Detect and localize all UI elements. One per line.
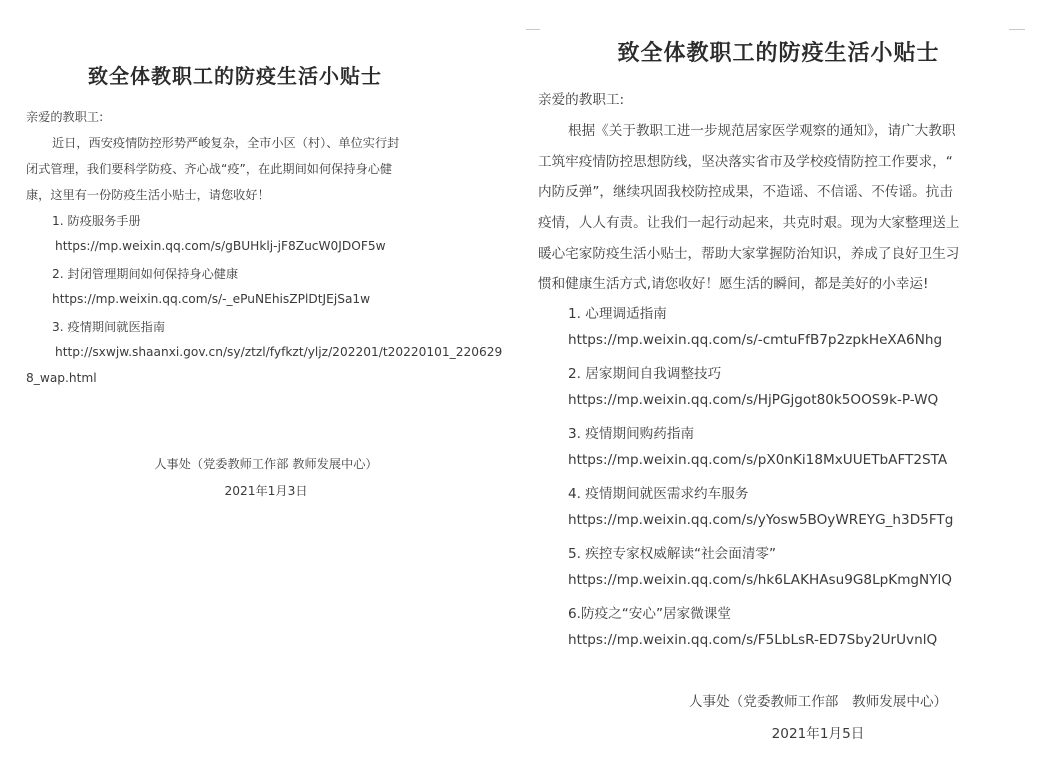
item-link[interactable]: https://mp.weixin.qq.com/s/gBUHklj-jF8Zu… [55, 239, 386, 253]
document-title: 致全体教职工的防疫生活小贴士 [0, 60, 470, 89]
body-line: 疫情，人人有责。让我们一起行动起来，共克时艰。现为大家整理送上 [538, 211, 959, 231]
body-line: 康，这里有一份防疫生活小贴士，请您收好！ [26, 186, 270, 203]
body-line: 惯和健康生活方式,请您收好！愿生活的瞬间，都是美好的小幸运! [538, 272, 928, 292]
item-label: 3. 疫情期间购药指南 [568, 422, 694, 442]
item-link[interactable]: https://mp.weixin.qq.com/s/pX0nKi18MxUUE… [568, 452, 947, 468]
date: 2021年1月5日 [520, 722, 1037, 742]
item-link[interactable]: https://mp.weixin.qq.com/s/hk6LAKHAsu9G8… [568, 572, 952, 588]
item-link[interactable]: https://mp.weixin.qq.com/s/yYosw5BOyWREY… [568, 512, 953, 528]
item-label: 3. 疫情期间就医指南 [52, 318, 165, 335]
item-label: 2. 封闭管理期间如何保持身心健康 [52, 265, 238, 282]
body-line: 闭式管理，我们要科学防疫、齐心战“疫”，在此期间如何保持身心健 [26, 160, 392, 177]
item-link[interactable]: http://sxwjw.shaanxi.gov.cn/sy/ztzl/fyfk… [55, 345, 502, 359]
signature: 人事处（党委教师工作部 教师发展中心） [0, 455, 532, 472]
greeting: 亲爱的教职工: [26, 108, 103, 125]
body-line: 暖心宅家防疫生活小贴士，帮助大家掌握防治知识，养成了良好卫生习 [538, 242, 959, 262]
item-label: 5. 疾控专家权威解读“社会面清零” [568, 542, 776, 562]
item-label: 1. 心理调适指南 [568, 302, 667, 322]
signature: 人事处（党委教师工作部 教师发展中心） [520, 690, 1037, 710]
item-link-continued[interactable]: 8_wap.html [26, 371, 97, 385]
item-link[interactable]: https://mp.weixin.qq.com/s/HjPGjgot80k5O… [568, 392, 938, 408]
item-label: 6.防疫之“安心”居家微课堂 [568, 602, 731, 622]
document-title: 致全体教职工的防疫生活小贴士 [520, 36, 1037, 67]
item-link[interactable]: https://mp.weixin.qq.com/s/-_ePuNEhisZPl… [52, 292, 370, 306]
left-document: 致全体教职工的防疫生活小贴士 亲爱的教职工: 近日，西安疫情防控形势严峻复杂，全… [0, 0, 470, 760]
date: 2021年1月3日 [0, 482, 532, 499]
right-document: 致全体教职工的防疫生活小贴士 亲爱的教职工: 根据《关于教职工进一步规范居家医学… [520, 0, 1037, 760]
body-line: 近日，西安疫情防控形势严峻复杂，全市小区（村）、单位实行封 [52, 134, 399, 151]
crop-mark-right [1009, 29, 1025, 30]
body-line: 工筑牢疫情防控思想防线，坚决落实省市及学校疫情防控工作要求，“ [538, 150, 953, 170]
item-label: 2. 居家期间自我调整技巧 [568, 362, 721, 382]
body-line: 内防反弹”，继续巩固我校防控成果，不造谣、不信谣、不传谣。抗击 [538, 180, 953, 200]
greeting: 亲爱的教职工: [538, 88, 624, 108]
crop-mark-left [526, 29, 540, 30]
item-label: 4. 疫情期间就医需求约车服务 [568, 482, 748, 502]
item-label: 1. 防疫服务手册 [52, 212, 141, 229]
item-link[interactable]: https://mp.weixin.qq.com/s/-cmtuFfB7p2zp… [568, 332, 942, 348]
body-line: 根据《关于教职工进一步规范居家医学观察的通知》，请广大教职 [568, 119, 955, 139]
item-link[interactable]: https://mp.weixin.qq.com/s/F5LbLsR-ED7Sb… [568, 632, 937, 648]
